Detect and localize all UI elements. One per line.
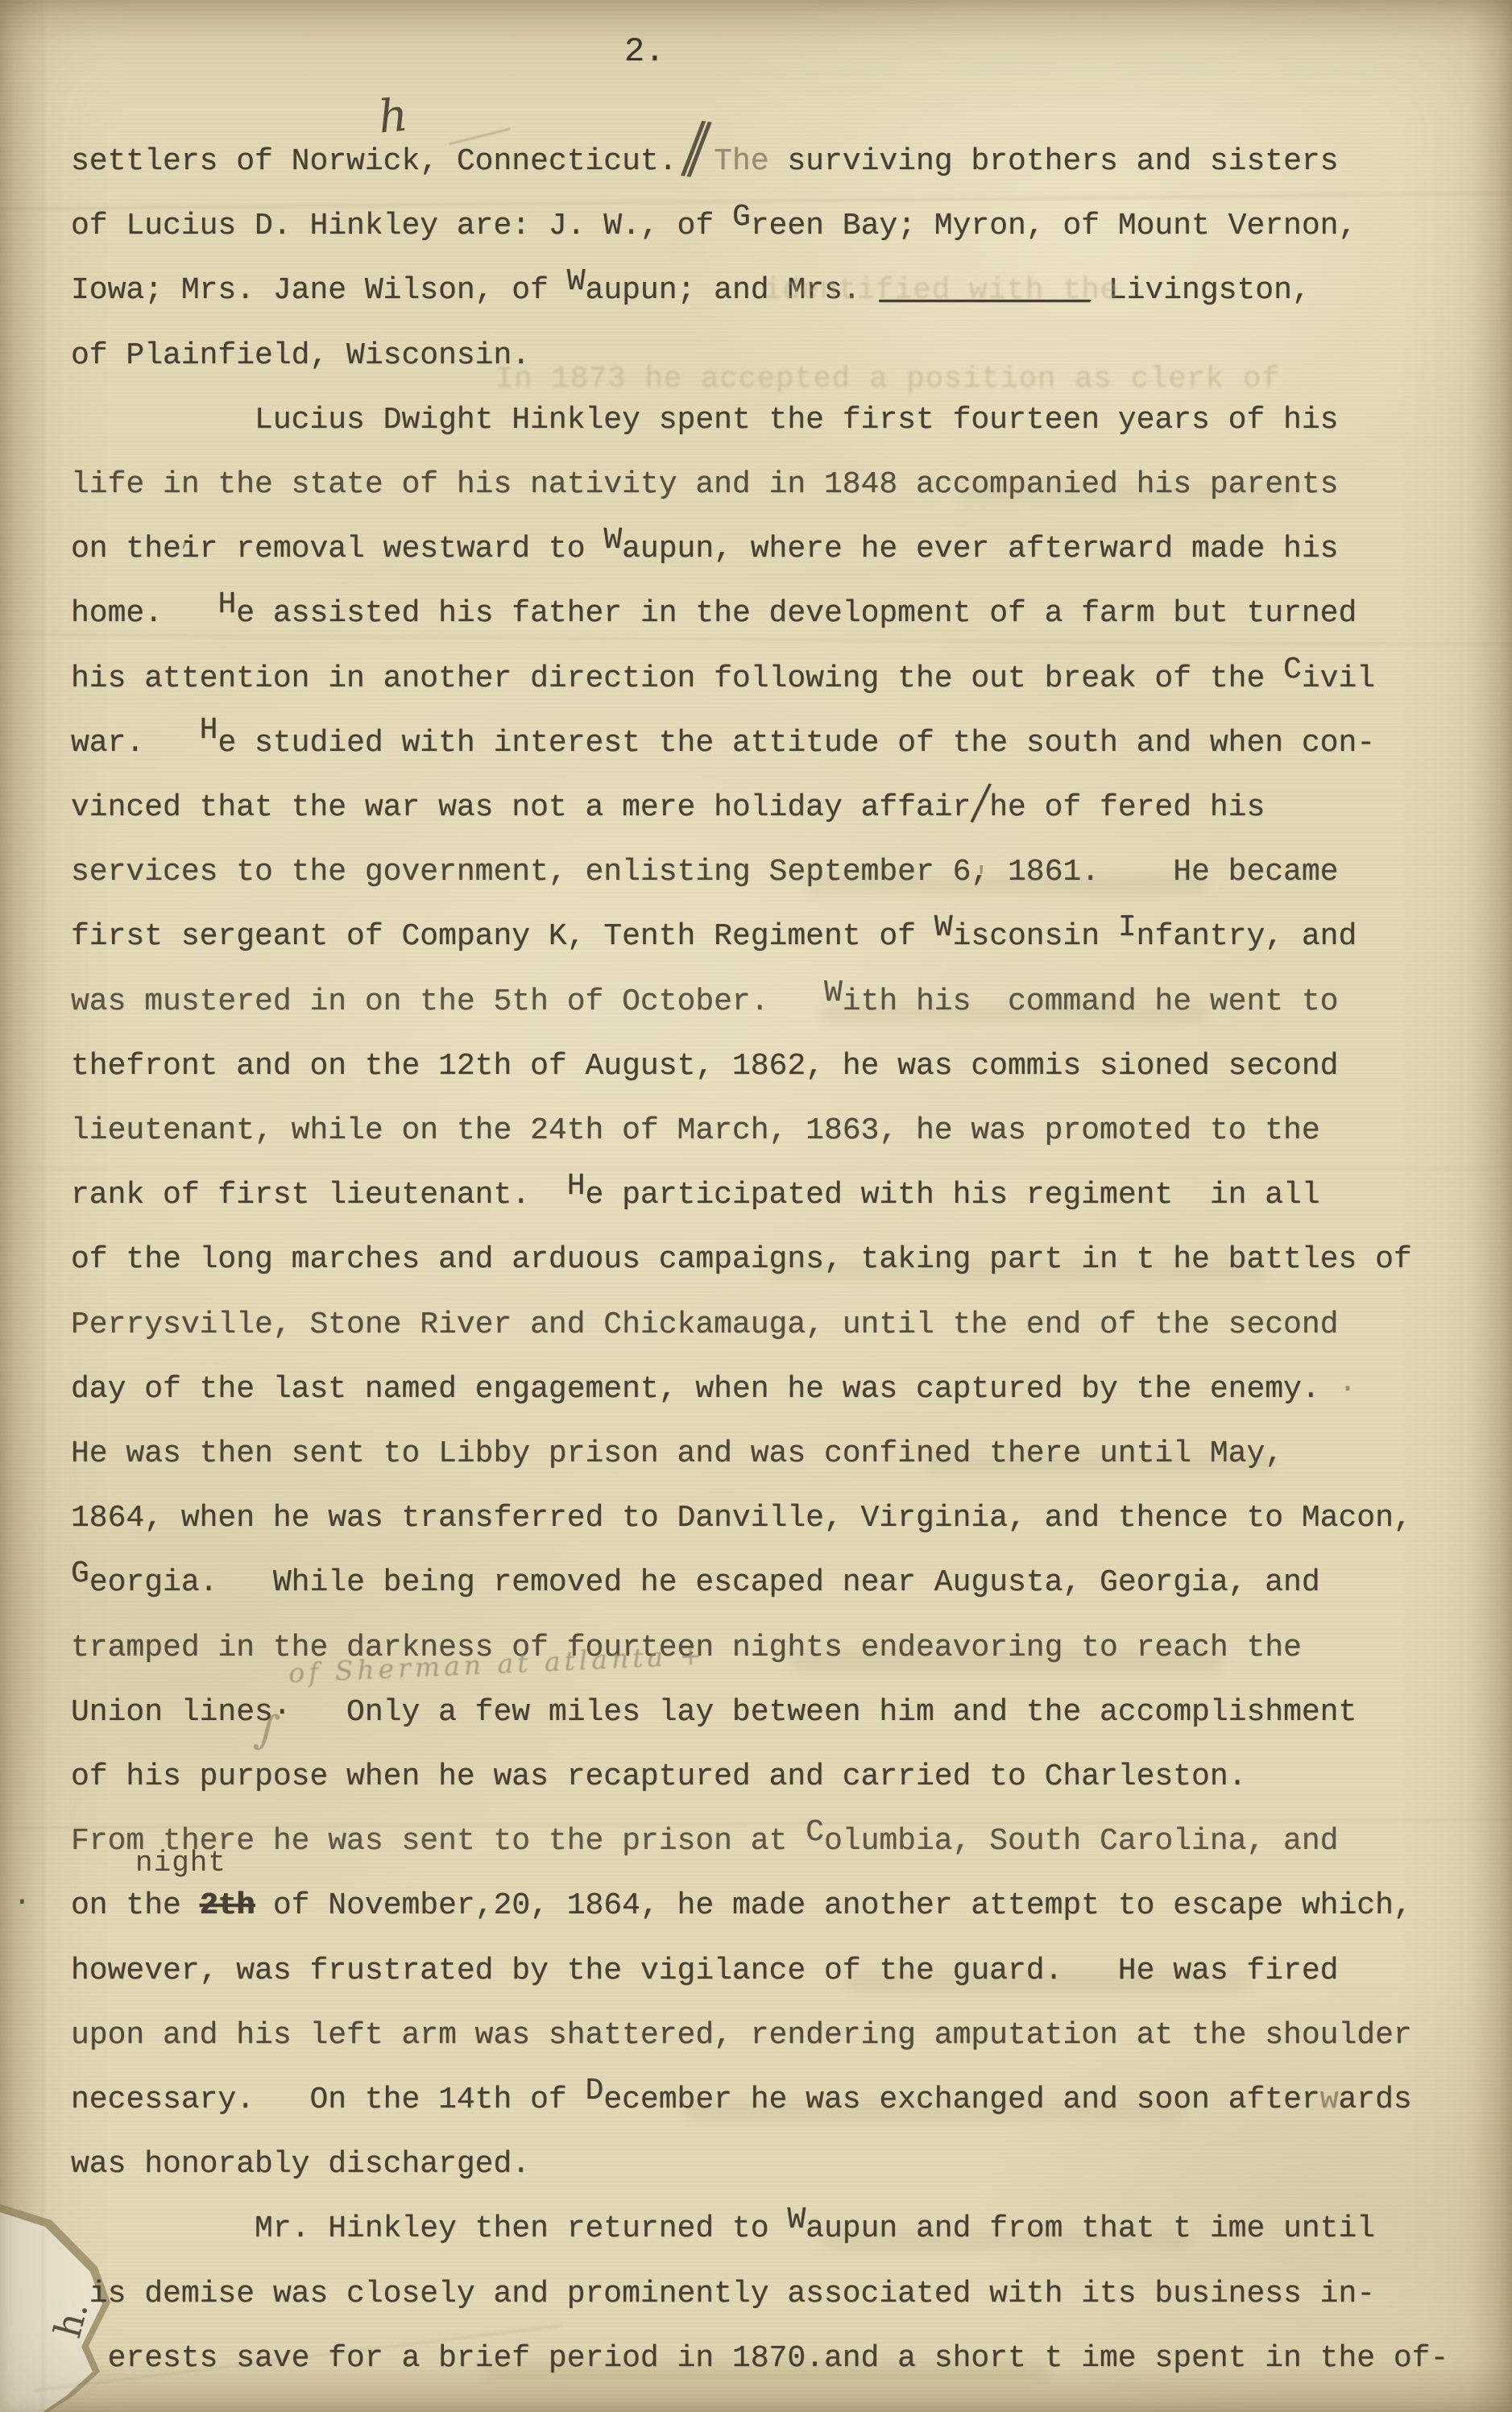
stray-tick-mark: ' (973, 864, 989, 894)
insertion-squiggle: ∫ (251, 1705, 283, 1756)
handwritten-h-correction: h (376, 89, 410, 144)
margin-dot: · (13, 1885, 31, 1920)
bleedthrough-text: identified with the (764, 274, 1119, 308)
document-page: 2. settlers of Norwick, Connecticut. The… (0, 0, 1512, 2412)
pencil-annotation-sherman: of Sherman at atlanta + (288, 1639, 706, 1689)
interlinear-insertion-night: night (135, 1846, 226, 1879)
torn-edge-letter: h. (45, 2297, 97, 2343)
stray-comma-mark: , (179, 522, 195, 553)
overlays: h//nightof Sherman at atlanta +∫·,'h.ide… (0, 0, 1512, 2412)
paragraph-mark: // (679, 106, 702, 188)
bleedthrough-text: In 1873 he accepted a position as clerk … (495, 363, 1281, 396)
